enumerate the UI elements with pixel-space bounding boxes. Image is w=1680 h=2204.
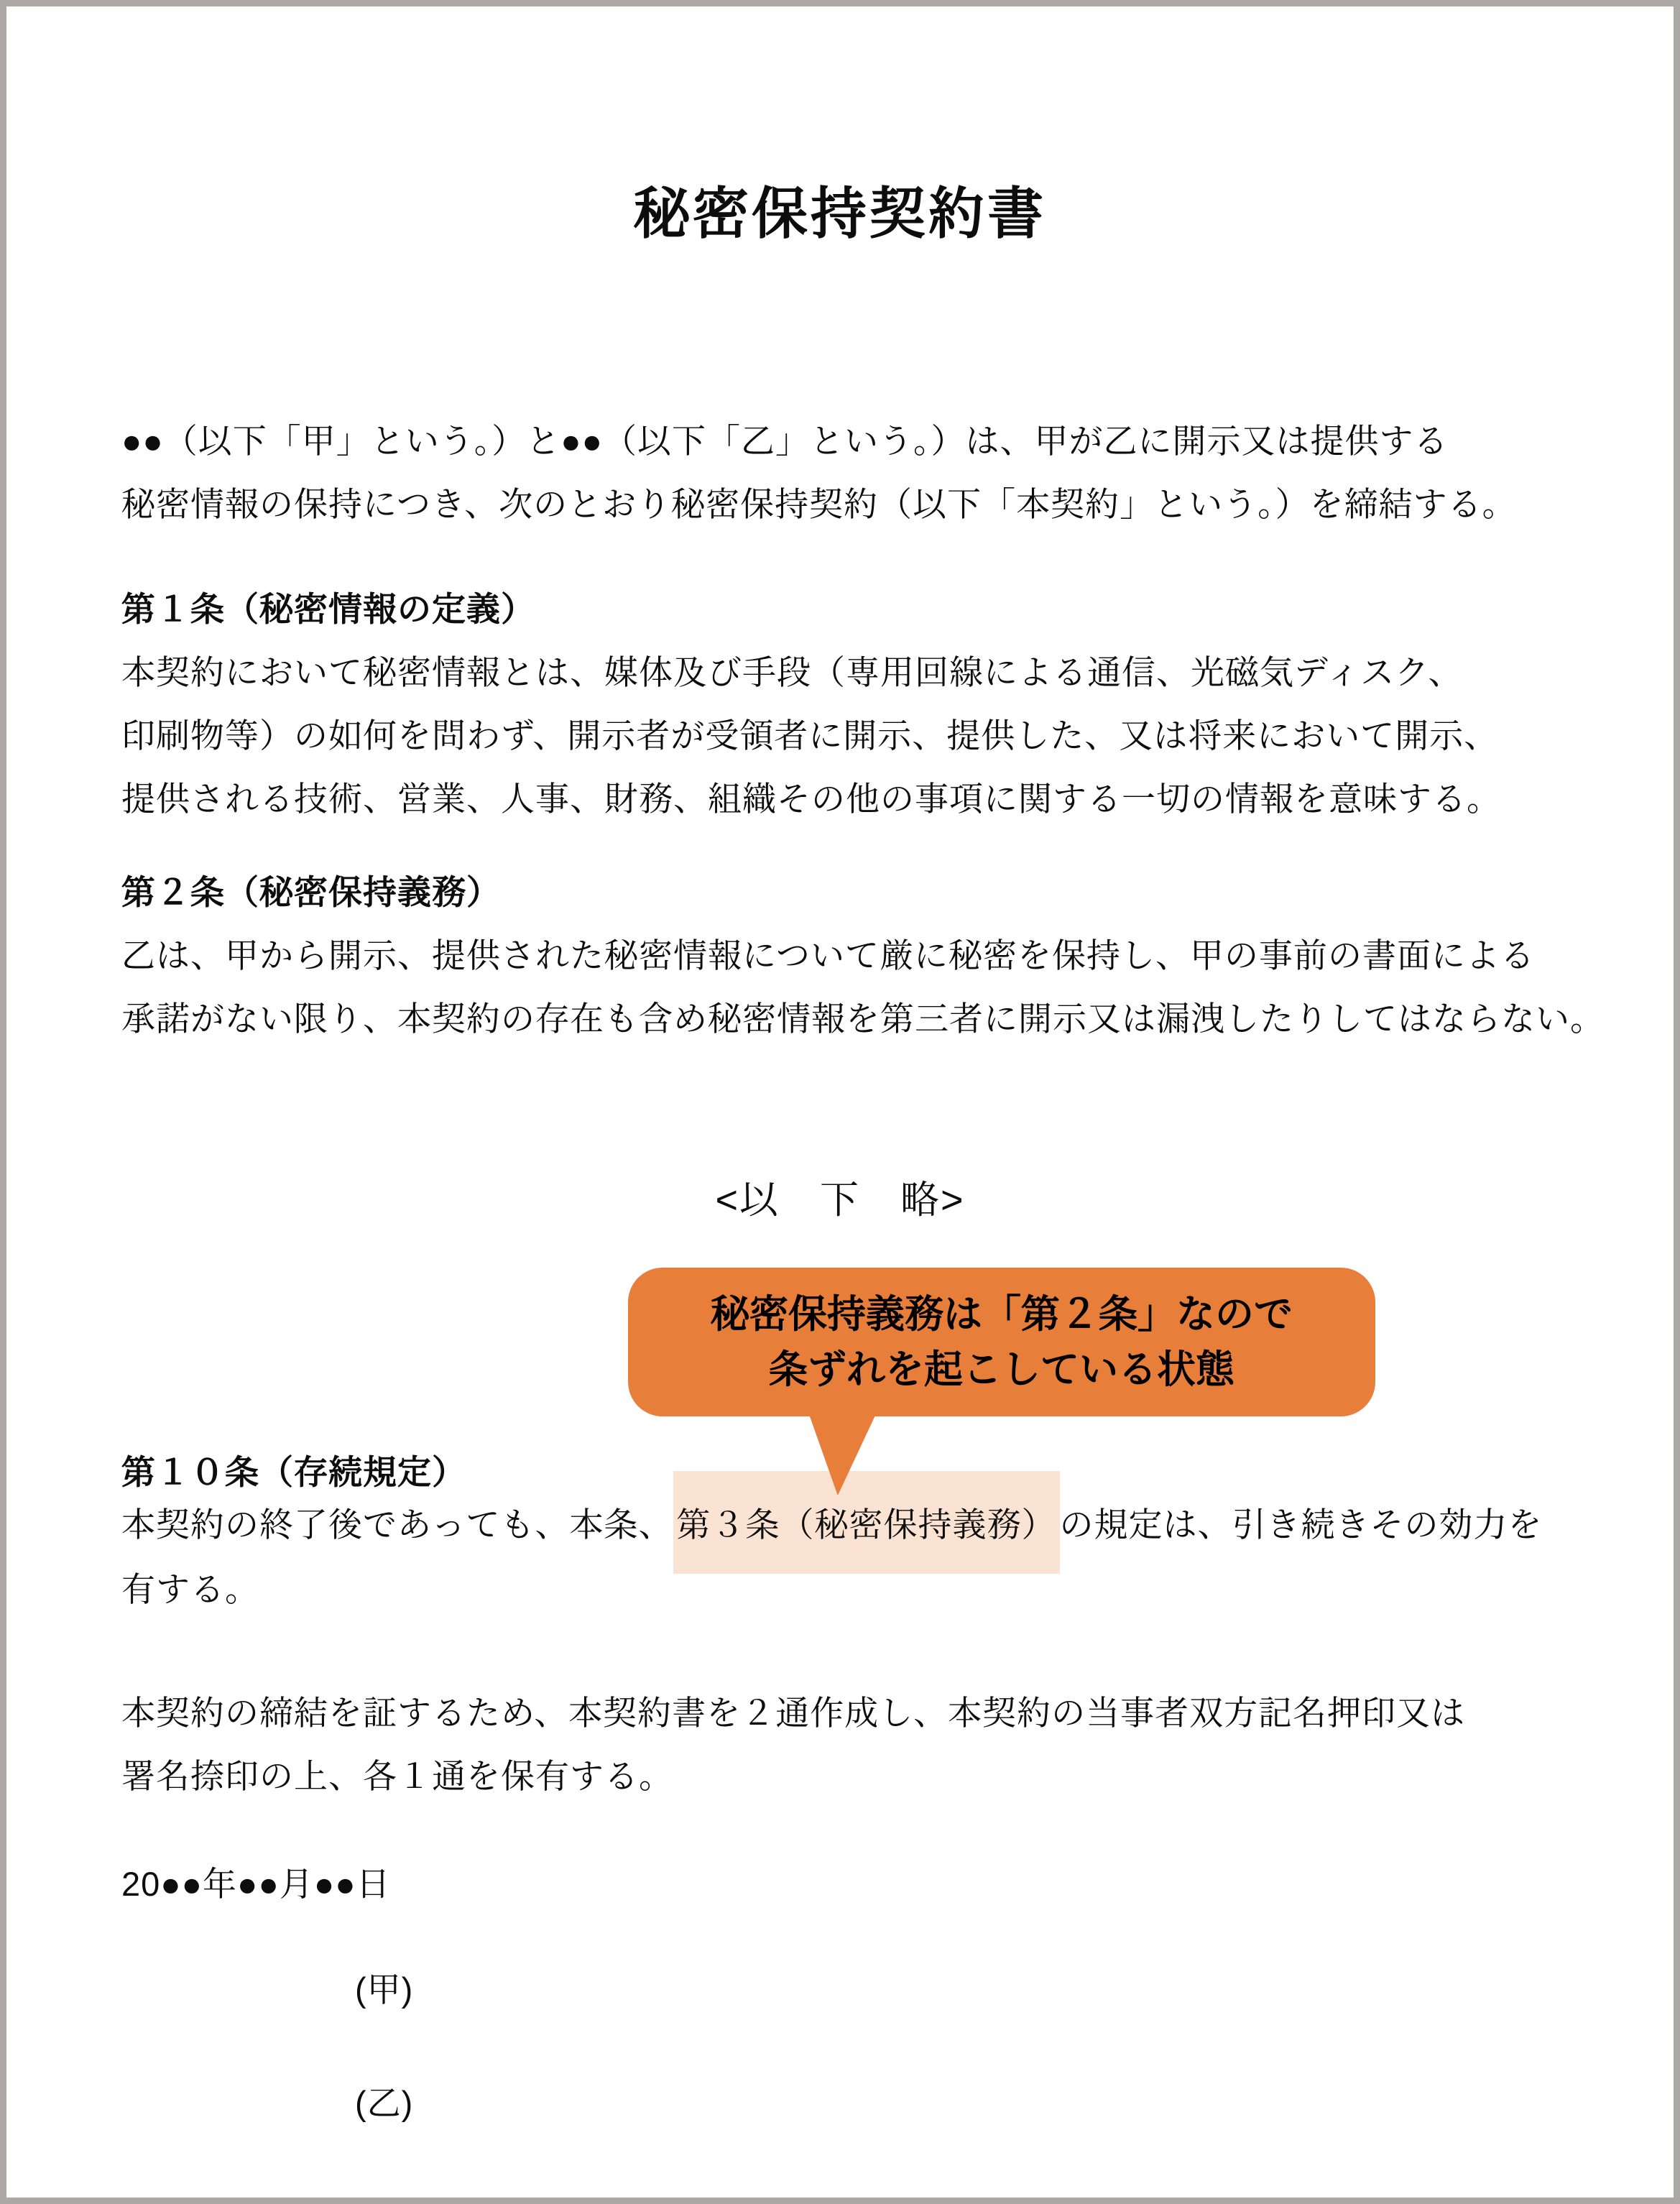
intro-line-2: 秘密情報の保持につき、次のとおり秘密保持契約（以下「本契約」という。）を締結する…	[121, 485, 1517, 524]
article-10-line-2: 有する。	[121, 1570, 259, 1609]
highlighted-clause-reference: 第３条（秘密保持義務）	[673, 1471, 1060, 1574]
callout-text-line-1: 秘密保持義務は「第２条」なので	[711, 1287, 1293, 1342]
callout-text-line-2: 条ずれを起こしている状態	[769, 1342, 1234, 1398]
closing-line-1: 本契約の締結を証するため、本契約書を２通作成し、本契約の当事者双方記名押印又は	[121, 1694, 1465, 1733]
article-1-line-1: 本契約において秘密情報とは、媒体及び手段（専用回線による通信、光磁気ディスク、	[121, 653, 1462, 692]
article-10-text-after-highlight: の規定は、引き続きその効力を	[1060, 1506, 1543, 1544]
closing-line-2: 署名捺印の上、各１通を保有する。	[121, 1757, 673, 1796]
document-title: 秘密保持契約書	[6, 169, 1674, 249]
article-2-heading: 第２条（秘密保持義務）	[121, 873, 501, 912]
document-page: 秘密保持契約書 ●●（以下「甲」という。）と●●（以下「乙」という。）は、甲が乙…	[0, 0, 1680, 2204]
party-b-label: (乙)	[355, 2084, 413, 2123]
omitted-section-marker: <以 下 略>	[6, 1169, 1674, 1225]
article-1-heading: 第１条（秘密情報の定義）	[121, 590, 535, 629]
article-1-line-3: 提供される技術、営業、人事、財務、組織その他の事項に関する一切の情報を意味する。	[121, 780, 1501, 819]
article-10-heading: 第１０条（存続規定）	[121, 1453, 466, 1492]
article-2-line-1: 乙は、甲から開示、提供された秘密情報について厳に秘密を保持し、甲の事前の書面によ…	[121, 936, 1535, 975]
article-2-line-2: 承諾がない限り、本契約の存在も含め秘密情報を第三者に開示又は漏洩したりしてはなら…	[121, 1000, 1605, 1038]
party-a-label: (甲)	[355, 1970, 413, 2009]
article-1-line-2: 印刷物等）の如何を問わず、開示者が受領者に開示、提供した、又は将来において開示、	[121, 716, 1498, 755]
article-10-line-1: 本契約の終了後であっても、本条、第３条（秘密保持義務）の規定は、引き続きその効力…	[121, 1506, 1543, 1544]
callout-bubble: 秘密保持義務は「第２条」なので 条ずれを起こしている状態	[628, 1268, 1375, 1416]
date-line: 20●●年●●月●●日	[121, 1865, 391, 1904]
article-10-text-before-highlight: 本契約の終了後であっても、本条、	[121, 1506, 673, 1544]
intro-line-1: ●●（以下「甲」という。）と●●（以下「乙」という。）は、甲が乙に開示又は提供す…	[121, 422, 1449, 461]
